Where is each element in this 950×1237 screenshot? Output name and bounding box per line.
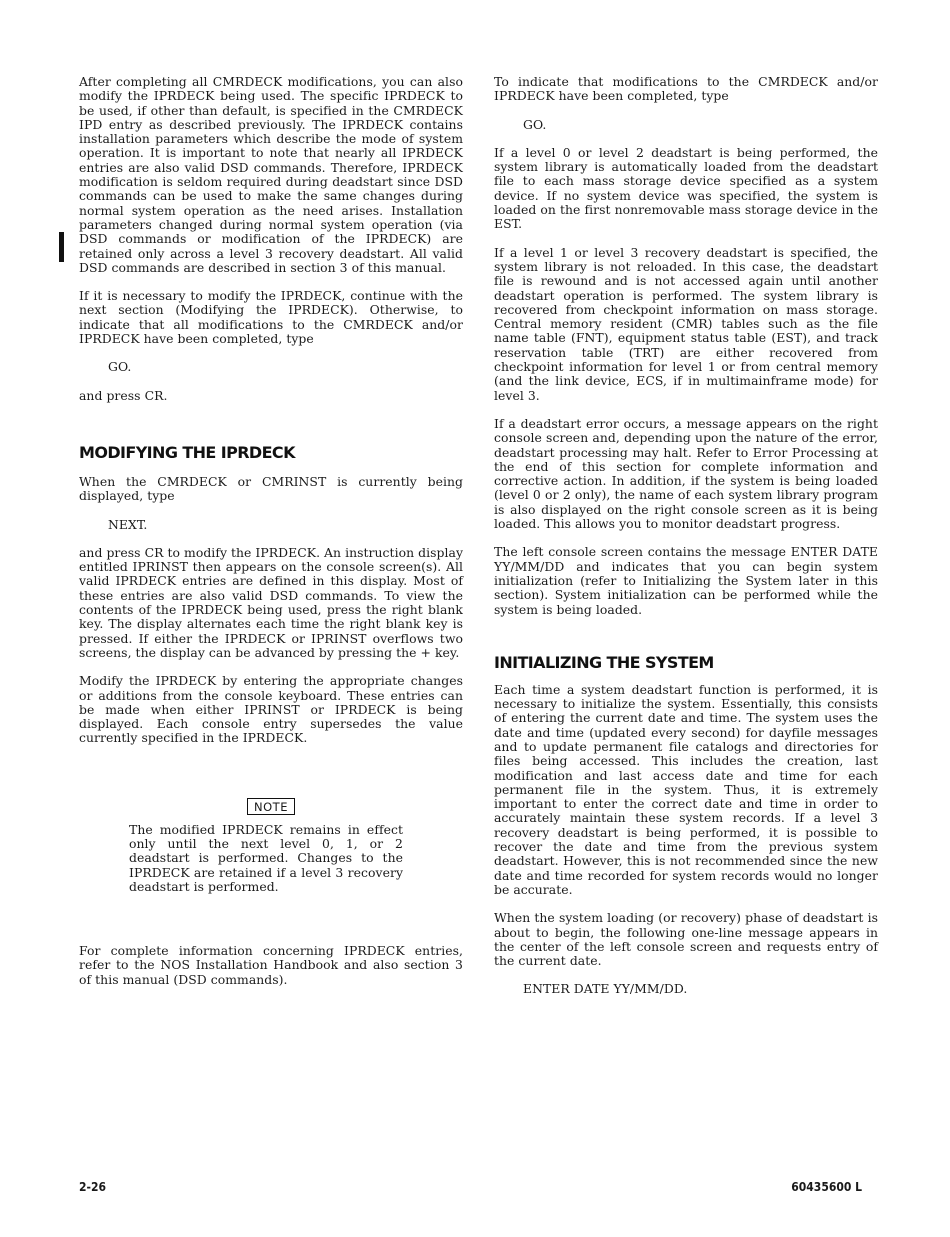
paragraph-modify-entries: Modify the IPRDECK by entering the appro… — [79, 674, 463, 745]
paragraph-loading-phase: When the system loading (or recovery) ph… — [494, 911, 878, 968]
paragraph-press-cr: and press CR. — [79, 389, 463, 403]
note-header: NOTE — [79, 796, 463, 815]
command-go: GO. — [79, 360, 463, 374]
document-number: 60435600 L — [791, 1180, 862, 1194]
left-column: After completing all CMRDECK modificatio… — [79, 75, 463, 987]
revision-change-bar — [59, 232, 64, 262]
command-next: NEXT. — [79, 518, 463, 532]
paragraph-indicate-complete: To indicate that modifications to the CM… — [494, 75, 878, 104]
paragraph-complete-info: For complete information concerning IPRD… — [79, 944, 463, 987]
page-number: 2-26 — [79, 1180, 106, 1194]
note-label: NOTE — [247, 798, 295, 815]
paragraph-level-1-3: If a level 1 or level 3 recovery deadsta… — [494, 246, 878, 403]
paragraph-left-console: The left console screen contains the mes… — [494, 545, 878, 616]
right-column: To indicate that modifications to the CM… — [494, 75, 878, 997]
paragraph-level-0-2: If a level 0 or level 2 deadstart is bei… — [494, 146, 878, 232]
section-heading-initializing-system: INITIALIZING THE SYSTEM — [494, 653, 878, 673]
paragraph-iprinst-display: and press CR to modify the IPRDECK. An i… — [79, 546, 463, 660]
command-go: GO. — [494, 118, 878, 132]
paragraph-modify-or-go: If it is necessary to modify the IPRDECK… — [79, 289, 463, 346]
section-heading-modifying-iprdeck: MODIFYING THE IPRDECK — [79, 443, 463, 463]
paragraph-iprdeck-intro: After completing all CMRDECK modificatio… — [79, 75, 463, 275]
paragraph-deadstart-error: If a deadstart error occurs, a message a… — [494, 417, 878, 531]
note-text: The modified IPRDECK remains in effect o… — [79, 823, 463, 894]
command-enter-date: ENTER DATE YY/MM/DD. — [494, 982, 878, 996]
paragraph-when-cmrdeck: When the CMRDECK or CMRINST is currently… — [79, 475, 463, 504]
paragraph-each-time: Each time a system deadstart function is… — [494, 683, 878, 897]
